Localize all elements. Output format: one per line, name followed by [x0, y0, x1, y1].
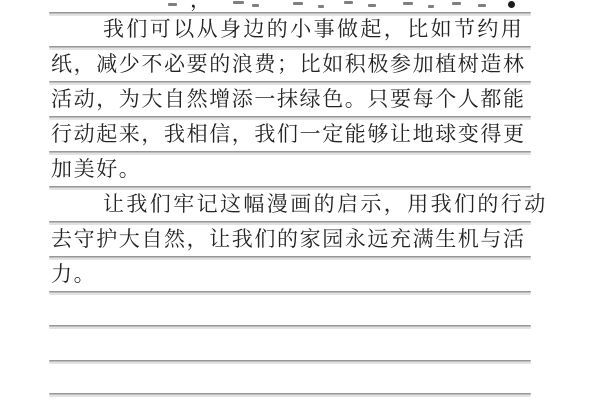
ruled-line	[49, 360, 531, 362]
stroke-fragment	[428, 5, 434, 8]
handwritten-line: 行动起来，我相信，我们一定能够让地球变得更	[51, 118, 526, 151]
ruled-line	[49, 393, 531, 395]
stroke-fragment	[368, 4, 376, 7]
handwritten-line: 我们可以从身边的小事做起，比如节约用	[103, 13, 524, 46]
stroke-fragment	[318, 5, 324, 8]
handwritten-line: 力。	[51, 258, 96, 291]
stroke-fragment	[403, 2, 413, 5]
handwritten-line: 纸，减少不必要的浪费；比如积极参加植树造林	[51, 48, 526, 81]
stroke-fragment	[233, 1, 244, 4]
notebook-page: ， 我们可以从身边的小事做起，比如节约用 纸，减少不必要的浪费；比如积极参加植树…	[0, 0, 600, 400]
handwritten-line: 让我们牢记这幅漫画的启示，用我们的行动	[103, 188, 548, 221]
ink-dot	[508, 1, 515, 8]
stroke-fragment	[452, 2, 461, 5]
handwritten-line: 加美好。	[51, 153, 141, 186]
ruled-line	[49, 256, 531, 258]
handwritten-line: 去守护大自然，让我们的家园永远充满生机与活	[51, 223, 526, 256]
stroke-fragment	[252, 4, 259, 7]
comma-fragment: ，	[190, 0, 211, 12]
cropped-previous-line: ，	[0, 0, 600, 12]
stroke-fragment	[478, 4, 486, 7]
ruled-line	[49, 325, 531, 327]
stroke-fragment	[293, 2, 303, 5]
stroke-fragment	[344, 1, 353, 4]
ruled-line	[49, 291, 531, 293]
handwritten-line: 活动，为大自然增添一抹绿色。只要每个人都能	[51, 83, 526, 116]
stroke-fragment	[168, 3, 177, 6]
